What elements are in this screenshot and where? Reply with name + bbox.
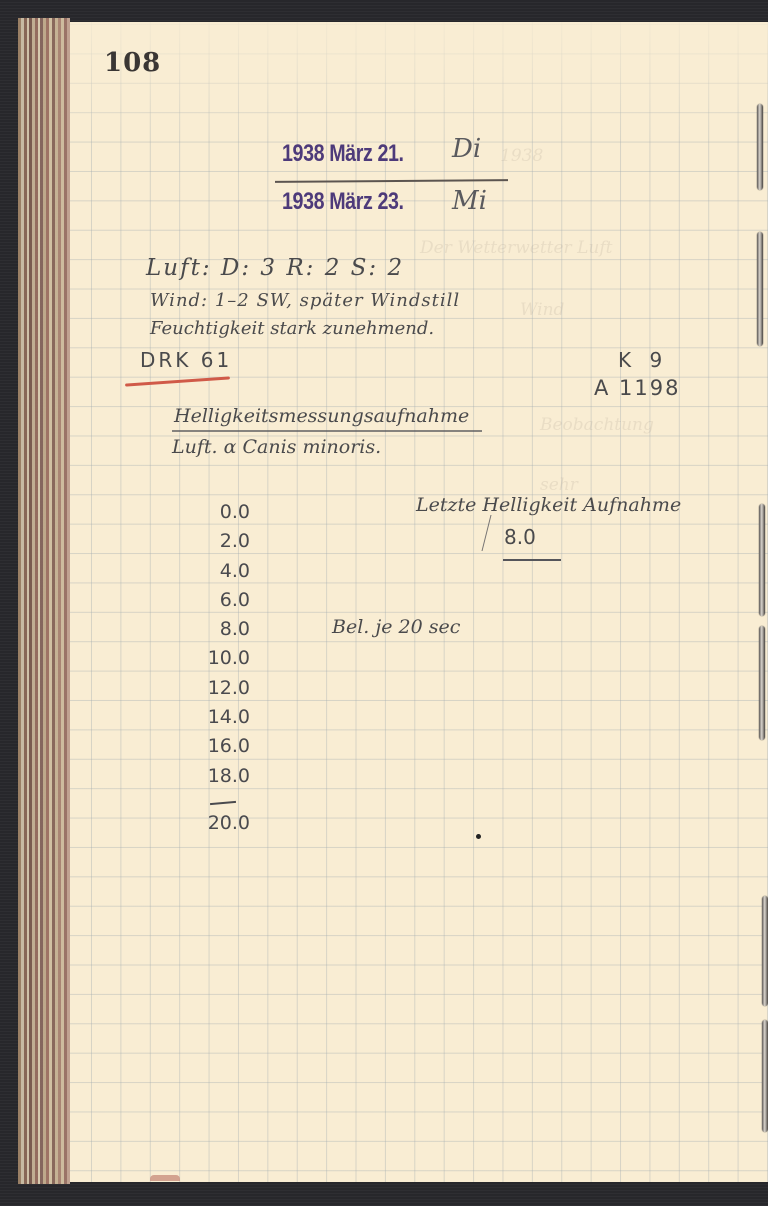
bleed-through-text: Der Wetterwetter Luft	[420, 238, 612, 258]
page-smudge	[150, 1175, 180, 1181]
last-exposure-label: Letzte Helligkeit Aufnahme	[416, 494, 681, 516]
time-entry: 12.0	[188, 674, 250, 703]
time-entry: 4.0	[188, 557, 250, 586]
time-entry: 16.0	[188, 732, 250, 761]
binding-staple	[757, 104, 763, 190]
station-code: DRK 61	[140, 348, 232, 372]
time-entry: 14.0	[188, 703, 250, 732]
value-underline	[503, 559, 561, 561]
weekday-initial: Di	[452, 134, 481, 164]
observation-target: Luft. α Canis minoris.	[172, 436, 381, 458]
time-entry: 18.0	[188, 762, 250, 791]
binding-staple	[759, 504, 765, 616]
bleed-through-text: sehr	[540, 475, 578, 495]
weekday-initial: Mi	[452, 186, 487, 216]
time-entry: 0.0	[188, 498, 250, 527]
exposure-interval-note: Bel. je 20 sec	[332, 616, 460, 638]
title-underline	[172, 430, 482, 432]
binding-staple	[757, 232, 763, 346]
date-stamp: 1938 März 21.	[282, 140, 404, 168]
notebook-page	[70, 22, 768, 1182]
weather-wind: Wind: 1–2 SW, später Windstill	[150, 290, 460, 311]
bleed-through-text: 1938	[500, 146, 543, 166]
page-edges	[18, 18, 70, 1184]
bleed-through-text: Wind	[520, 300, 564, 320]
binding-staple	[762, 1020, 768, 1132]
time-entry: 2.0	[188, 527, 250, 556]
page-number: 108	[104, 48, 161, 78]
time-entry: 8.0	[188, 615, 250, 644]
binding-staple	[759, 626, 765, 740]
time-separator	[188, 791, 258, 809]
bleed-through-text: Beobachtung	[540, 415, 654, 435]
ink-dot	[476, 834, 481, 839]
time-entry: 6.0	[188, 586, 250, 615]
time-entry: 20.0	[188, 809, 250, 838]
weather-air: Luft: D: 3 R: 2 S: 2	[146, 255, 404, 281]
reference-a: A 1198	[594, 376, 680, 400]
time-entry: 10.0	[188, 644, 250, 673]
binding-staple	[762, 896, 768, 1006]
last-exposure-value: 8.0	[504, 525, 536, 549]
date-stamp: 1938 März 23.	[282, 188, 404, 216]
weather-humidity: Feuchtigkeit stark zunehmend.	[150, 318, 434, 339]
reference-k: K 9	[618, 348, 668, 372]
time-column: 0.0 2.0 4.0 6.0 8.0 10.0 12.0 14.0 16.0 …	[188, 498, 258, 838]
observation-title: Helligkeitsmessungsaufnahme	[174, 405, 469, 427]
